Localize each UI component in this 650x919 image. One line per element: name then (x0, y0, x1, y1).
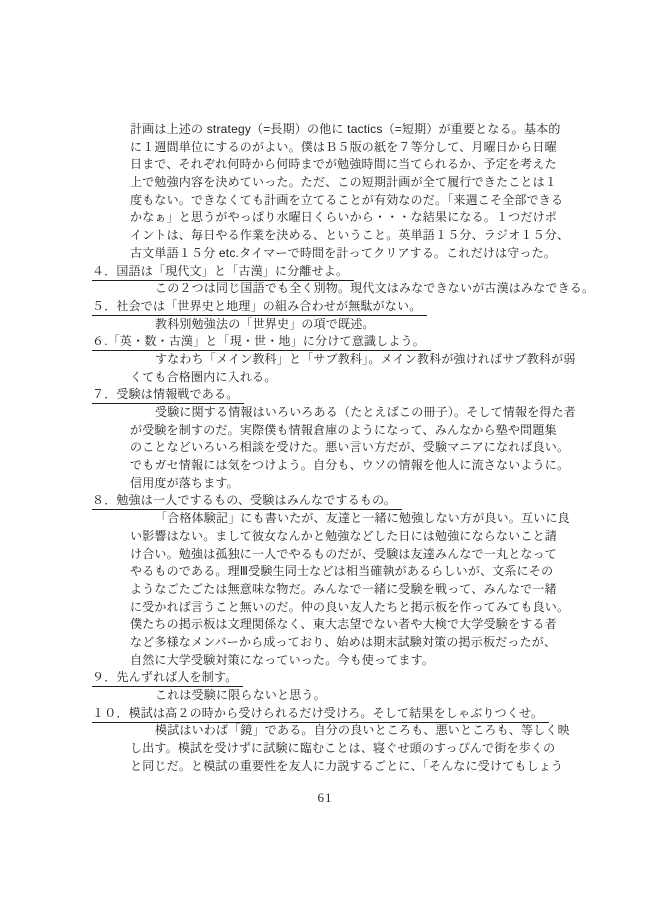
heading-text: ６.「英・数・古漢」と「現・世・地」に分けて意識しよう。 (92, 334, 431, 351)
text-line: 上で勉強内容を決めていった。ただ、この短期計画が全て履行できたことは１ (0, 174, 650, 192)
text-line: け合い。勉強は孤独に一人でやるものだが、受験は友達みんなで一丸となって (0, 546, 650, 564)
text-line: が受験を制すのだ。実際僕も情報倉庫のようになって、みんなから塾や問題集 (0, 422, 650, 440)
section-heading: １０．模試は高２の時から受けられるだけ受けろ。そして結果をしゃぶりつくせ。 (0, 705, 650, 723)
text-line: に受かれば言うこと無いのだ。仲の良い友人たちと掲示板を作ってみても良い。 (0, 599, 650, 617)
document-text-block: 計画は上述の strategy（=長期）の他に tactics（=短期）が重要と… (0, 121, 650, 775)
section-heading: ９．先んずれば人を制す。 (0, 669, 650, 687)
heading-text: １０．模試は高２の時から受けられるだけ受けろ。そして結果をしゃぶりつくせ。 (92, 706, 549, 723)
text-line: くても合格圏内に入れる。 (0, 369, 650, 387)
text-line: 日まで、それぞれ何時から何時までが勉強時間に当てられるか、予定を考えた (0, 156, 650, 174)
text-line: でもガセ情報には気をつけよう。自分も、ウソの情報を他人に流さないように。 (0, 457, 650, 475)
text-line: など多様なメンバーから成っており、始めは期末試験対策の掲示板だったが、 (0, 634, 650, 652)
text-line: やるものである。理Ⅲ受験生同士などは相当確執があるらしいが、文系にその (0, 563, 650, 581)
text-line: のことなどいろいろ相談を受けた。悪い言い方だが、受験マニアになれば良い。 (0, 439, 650, 457)
text-line: かなぁ」と思うがやっぱり水曜日くらいから・・・な結果になる。１つだけポ (0, 209, 650, 227)
text-line: 「合格体験記」にも書いたが、友達と一緒に勉強しない方が良い。互いに良 (0, 510, 650, 528)
heading-text: ４．国語は「現代文」と「古漢」に分離せよ。 (92, 264, 354, 281)
section-heading: ４．国語は「現代文」と「古漢」に分離せよ。 (0, 263, 650, 281)
section-heading: ６.「英・数・古漢」と「現・世・地」に分けて意識しよう。 (0, 333, 650, 351)
text-line: 古文単語１５分 etc.タイマーで時間を計ってクリアする。これだけは守った。 (0, 245, 650, 263)
text-line: この２つは同じ国語でも全く別物。現代文はみなできないが古漢はみなできる。 (0, 280, 650, 298)
page-number: 61 (318, 790, 333, 805)
text-line: 僕たちの掲示板は文理関係なく、東大志望でない者や大検で大学受験をする者 (0, 616, 650, 634)
text-line: イントは、毎日やる作業を決める、ということ。英単語１５分、ラジオ１５分、 (0, 227, 650, 245)
heading-text: ８．勉強は一人でするもの、受験はみんなでするもの。 (92, 493, 402, 510)
text-line: 度もない。できなくても計画を立てることが有効なのだ。「来週こそ全部できる (0, 192, 650, 210)
heading-text: ７．受験は情報戦である。 (92, 387, 244, 404)
document-page: 計画は上述の strategy（=長期）の他に tactics（=短期）が重要と… (0, 0, 650, 919)
text-line: 教科別勉強法の「世界史」の項で既述。 (0, 316, 650, 334)
text-line: これは受験に限らないと思う。 (0, 687, 650, 705)
heading-text: ９．先んずれば人を制す。 (92, 670, 243, 687)
text-line: ようなごたごたは無意味な物だ。みんなで一緒に受験を戦って、みんなで一緒 (0, 581, 650, 599)
text-line: すなわち「メイン教科」と「サブ教科」。メイン教科が強ければサブ教科が弱 (0, 351, 650, 369)
text-line: 模試はいわば「鏡」である。自分の良いところも、悪いところも、等しく映 (0, 722, 650, 740)
text-line: 信用度が落ちます。 (0, 475, 650, 493)
section-heading: ５．社会では「世界史と地理」の組み合わせが無駄がない。 (0, 298, 650, 316)
page-footer: 61 (0, 789, 650, 807)
section-heading: ７．受験は情報戦である。 (0, 386, 650, 404)
text-line: 自然に大学受験対策になっていった。今も使ってます。 (0, 652, 650, 670)
text-line: と同じだ。と模試の重要性を友人に力説するごとに、「そんなに受けてもしょう (0, 758, 650, 776)
heading-text: ５．社会では「世界史と地理」の組み合わせが無駄がない。 (92, 299, 427, 316)
text-line: し出す。模試を受けずに試験に臨むことは、寝ぐせ頭のすっぴんで街を歩くの (0, 740, 650, 758)
text-line: に１週間単位にするのがよい。僕はＢ５版の紙を７等分して、月曜日から日曜 (0, 139, 650, 157)
text-line: 計画は上述の strategy（=長期）の他に tactics（=短期）が重要と… (0, 121, 650, 139)
section-heading: ８．勉強は一人でするもの、受験はみんなでするもの。 (0, 492, 650, 510)
text-line: い影響はない。まして彼女なんかと勉強などした日には勉強にならないこと請 (0, 528, 650, 546)
text-line: 受験に関する情報はいろいろある（たとえばこの冊子）。そして情報を得た者 (0, 404, 650, 422)
